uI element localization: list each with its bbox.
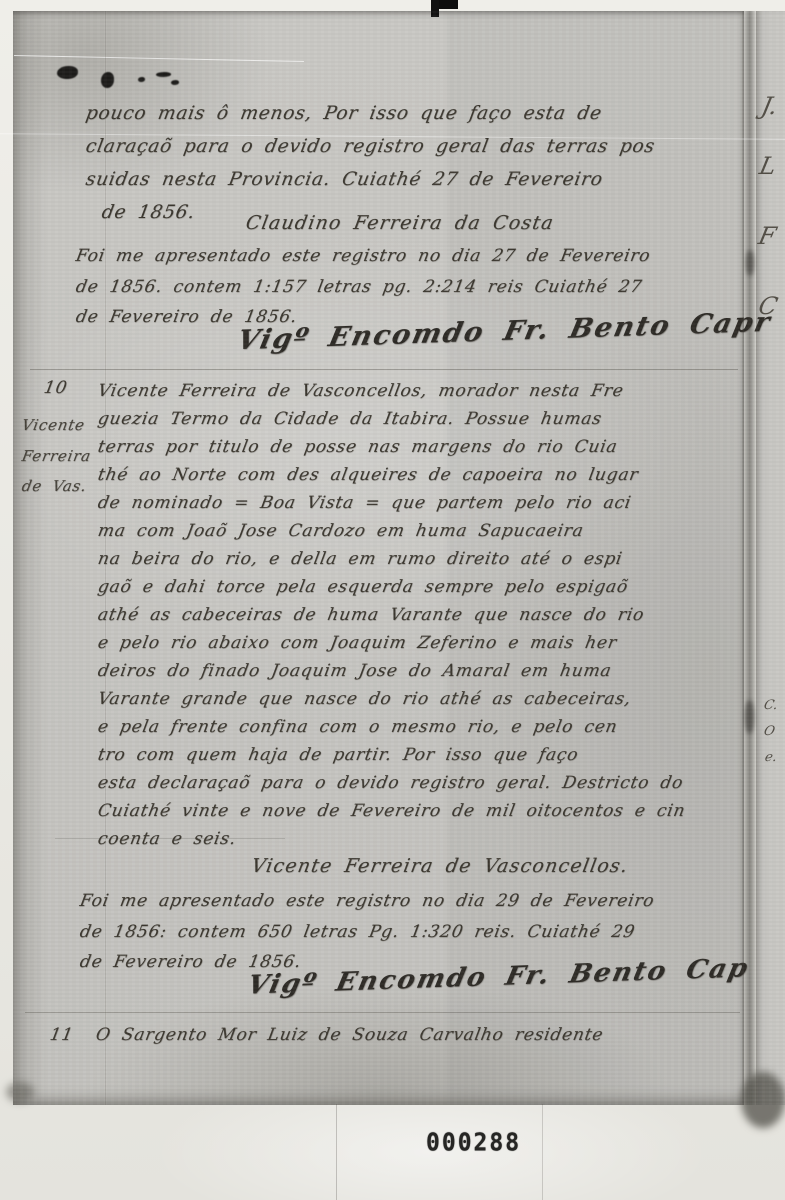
entry10-body: Vicente Ferreira de Vasconcellos, morado… [98, 377, 744, 853]
entry-text-line: e pela frente confina com o mesmo rio, e… [96, 713, 747, 741]
entry-text-line: Cuiathé vinte e nove de Fevereiro de mil… [96, 797, 747, 825]
entry-text-line: de nominado = Boa Vista = que partem pel… [96, 489, 747, 517]
entry11-margin-number: 11 [48, 1025, 75, 1045]
ink-speck [138, 77, 145, 82]
entry-text-line: ma com Joaõ Jose Cardozo em huma Sapucae… [96, 517, 747, 545]
corner-smudge [6, 1082, 34, 1102]
entry-divider-rule [30, 369, 738, 370]
entry10-margin-name: Vicente Ferreira de Vas. [22, 410, 94, 502]
entry-text-line: e pelo rio abaixo com Joaquim Zeferino e… [96, 629, 747, 657]
top-tab-mark [431, 0, 439, 17]
ink-blot [57, 66, 78, 79]
entry-text-line: guezia Termo da Cidade da Itabira. Possu… [96, 405, 747, 433]
entry-text-line: athé as cabeceiras de huma Varante que n… [96, 601, 747, 629]
entry-text-line: esta declaraçaõ para o devido registro g… [96, 769, 747, 797]
clerk-note-line: de 1856: contem 650 letras Pg. 1:320 rei… [77, 917, 752, 948]
entry-text-line: terras por titulo de posse nas margens d… [96, 433, 747, 461]
archive-stamp-number: 000288 [426, 1129, 521, 1158]
entry-text-line: na beira do rio, e della em rumo direito… [96, 545, 747, 573]
entry-text-line: thé ao Norte com des alqueires de capoei… [96, 461, 747, 489]
document-scan-root: pouco mais ô menos, Por isso que faço es… [0, 0, 785, 1200]
margin-name-line: Vicente [19, 410, 96, 441]
entry-text-line: claraçaõ para o devido registro geral da… [83, 130, 751, 163]
entry-divider-rule [25, 1012, 740, 1013]
entry9-body: pouco mais ô menos, Por isso que faço es… [86, 97, 748, 229]
clerk-note-line: de 1856. contem 1:157 letras pg. 2:214 r… [73, 272, 748, 303]
entry-text-line: Varante grande que nasce do rio athé as … [96, 685, 747, 713]
entry-text-line: tro com quem haja de partir. Por isso qu… [96, 741, 747, 769]
entry-text-line: pouco mais ô menos, Por isso que faço es… [83, 97, 751, 130]
ink-speck [171, 80, 179, 85]
entry-text-line: coenta e seis. [96, 825, 747, 853]
entry-text-line: O Sargento Mor Luiz de Souza Carvalho re… [94, 1025, 605, 1045]
backing-crease [542, 1104, 543, 1200]
entry10-margin-number: 10 [42, 378, 69, 398]
corner-smudge [741, 1072, 785, 1128]
margin-name-line: Ferreira [19, 441, 96, 472]
entry-text-line: Vicente Ferreira de Vasconcellos, morado… [96, 377, 747, 405]
declarant-signature: Vicente Ferreira de Vasconcellos. [198, 855, 682, 877]
backing-crease [336, 1104, 337, 1200]
entry-text-line: suidas nesta Provincia. Cuiathé 27 de Fe… [83, 163, 751, 196]
ink-blot [101, 72, 114, 88]
ink-speck [156, 72, 171, 77]
entry-text-line: deiros do finado Joaquim Jose do Amaral … [96, 657, 747, 685]
margin-name-line: de Vas. [19, 471, 96, 502]
entry-text-line: gaõ e dahi torce pela esquerda sempre pe… [96, 573, 747, 601]
clerk-note-line: Foi me apresentado este registro no dia … [73, 241, 748, 272]
fold-stain [745, 700, 754, 734]
clerk-note-line: Foi me apresentado este registro no dia … [77, 886, 752, 917]
declarant-signature: Claudino Ferreira da Costa [158, 212, 642, 234]
